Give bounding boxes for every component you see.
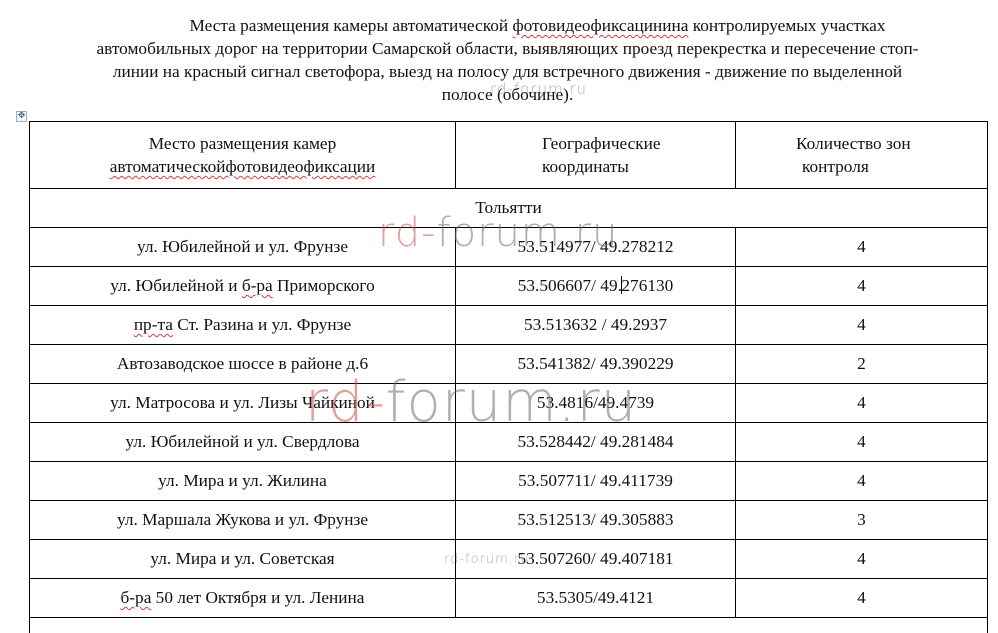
table-row: ул. Юбилейной и б-ра Приморского 53.5066… (30, 267, 988, 306)
header-text: автоматическойфотовидеофиксации (30, 155, 455, 178)
place-cell: ул. Мира и ул. Жилина (30, 462, 456, 501)
zones-cell: 4 (736, 384, 988, 423)
coords-cell: 53.512513/ 49.305883 (456, 501, 736, 540)
zones-cell: 3 (736, 501, 988, 540)
place-cell: ул. Матросова и ул. Лизы Чайкиной (30, 384, 456, 423)
coords-cell: 53.514977/ 49.278212 (456, 228, 736, 267)
title-line: линии на красный сигнал светофора, выезд… (20, 60, 995, 83)
place-cell: ул. Юбилейной и ул. Свердлова (30, 423, 456, 462)
title-line: Места размещения камеры автоматической (189, 16, 512, 35)
table-row: б-ра 50 лет Октября и ул. Ленина 53.5305… (30, 579, 988, 618)
place-cell: пр-та Ст. Разина и ул. Фрунзе (30, 306, 456, 345)
city-name: Тольятти (30, 189, 988, 228)
coords-cell: 53.4816/49.4739 (456, 384, 736, 423)
coords-cell: 53.5305/49.4121 (456, 579, 736, 618)
coords-cell: 53.507260/ 49.407181 (456, 540, 736, 579)
document-title: Места размещения камеры автоматической ф… (20, 14, 995, 106)
header-place: Место размещения камер автоматическойфот… (30, 122, 456, 189)
table-row-partial (30, 618, 988, 633)
table-move-handle-icon[interactable]: ✥ (16, 111, 27, 122)
table-row: ул. Матросова и ул. Лизы Чайкиной 53.481… (30, 384, 988, 423)
zones-cell: 4 (736, 462, 988, 501)
table-header-row: Место размещения камер автоматическойфот… (30, 122, 988, 189)
empty-cell (30, 618, 988, 633)
table-row: ул. Юбилейной и ул. Свердлова 53.528442/… (30, 423, 988, 462)
coords-cell: 53.507711/ 49.411739 (456, 462, 736, 501)
place-text: ул. Юбилейной и (110, 276, 242, 295)
zones-cell: 4 (736, 228, 988, 267)
zones-cell: 4 (736, 267, 988, 306)
zones-cell: 4 (736, 540, 988, 579)
table-row: пр-та Ст. Разина и ул. Фрунзе 53.513632 … (30, 306, 988, 345)
place-cell: ул. Маршала Жукова и ул. Фрунзе (30, 501, 456, 540)
header-text: контроля (796, 155, 987, 178)
misspelled-word: б-ра (242, 276, 273, 295)
header-text: Географические (542, 132, 735, 155)
title-line: контролируемых участках (688, 16, 885, 35)
zones-cell: 4 (736, 423, 988, 462)
title-line: автомобильных дорог на территории Самарс… (20, 37, 995, 60)
place-text: Приморского (273, 276, 375, 295)
coords-text: 53.506607/ 49. (518, 276, 622, 295)
header-coords: Географические координаты (456, 122, 736, 189)
place-cell: Автозаводское шоссе в районе д.6 (30, 345, 456, 384)
header-zones: Количество зон контроля (736, 122, 988, 189)
zones-cell: 4 (736, 306, 988, 345)
place-cell: ул. Юбилейной и б-ра Приморского (30, 267, 456, 306)
header-text: Количество зон (796, 132, 987, 155)
header-text: Место размещения камер (30, 132, 455, 155)
coords-text: 276130 (621, 276, 673, 295)
header-text: координаты (542, 155, 735, 178)
misspelled-word: фотовидеофиксацинина (512, 16, 688, 35)
coords-cell: 53.541382/ 49.390229 (456, 345, 736, 384)
cameras-table: Место размещения камер автоматическойфот… (29, 121, 988, 633)
city-row: Тольятти (30, 189, 988, 228)
place-cell: ул. Юбилейной и ул. Фрунзе (30, 228, 456, 267)
misspelled-word: б-ра (121, 588, 152, 607)
table-row: ул. Мира и ул. Жилина 53.507711/ 49.4117… (30, 462, 988, 501)
table-row: ул. Юбилейной и ул. Фрунзе 53.514977/ 49… (30, 228, 988, 267)
zones-cell: 2 (736, 345, 988, 384)
place-cell: ул. Мира и ул. Советская (30, 540, 456, 579)
title-line: полосе (обочине). (20, 83, 995, 106)
zones-cell: 4 (736, 579, 988, 618)
coords-cell: 53.513632 / 49.2937 (456, 306, 736, 345)
coords-cell: 53.528442/ 49.281484 (456, 423, 736, 462)
place-text: Ст. Разина и ул. Фрунзе (173, 315, 351, 334)
table-row: ул. Маршала Жукова и ул. Фрунзе 53.51251… (30, 501, 988, 540)
place-text: 50 лет Октября и ул. Ленина (151, 588, 364, 607)
misspelled-word: пр-та (134, 315, 173, 334)
coords-cell[interactable]: 53.506607/ 49.276130 (456, 267, 736, 306)
table-row: ул. Мира и ул. Советская 53.507260/ 49.4… (30, 540, 988, 579)
table-row: Автозаводское шоссе в районе д.6 53.5413… (30, 345, 988, 384)
place-cell: б-ра 50 лет Октября и ул. Ленина (30, 579, 456, 618)
